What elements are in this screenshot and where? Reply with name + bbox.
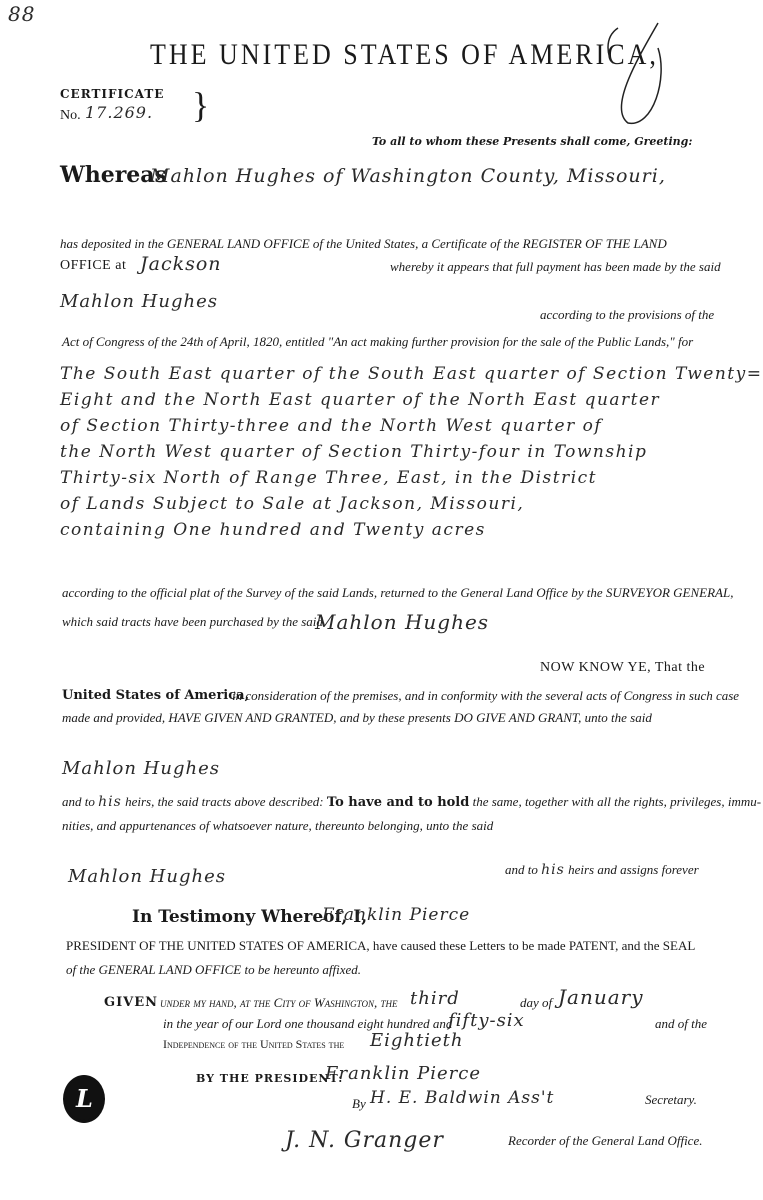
grantee-name-3: Mahlon Hughes bbox=[62, 758, 220, 779]
document-title: THE UNITED STATES OF AMERICA, bbox=[150, 38, 659, 73]
grantee-name-1: Mahlon Hughes bbox=[60, 291, 218, 312]
handwritten-mark-icon bbox=[598, 18, 678, 128]
certificate-no-label: No. bbox=[60, 108, 81, 124]
description-line: The South East quarter of the South East… bbox=[60, 364, 762, 384]
office-at-label: OFFICE at bbox=[60, 258, 126, 274]
by-president-label: BY THE PRESIDENT: bbox=[196, 1072, 343, 1085]
brace: } bbox=[192, 84, 209, 126]
body-line-2-suffix: whereby it appears that full payment has… bbox=[390, 259, 721, 275]
recorder-label: Recorder of the General Land Office. bbox=[508, 1133, 702, 1149]
year: fifty-six bbox=[448, 1010, 525, 1031]
testimony-line-2: of the GENERAL LAND OFFICE to be hereunt… bbox=[66, 962, 361, 978]
president-signature: Franklin Pierce bbox=[325, 1063, 481, 1084]
purchased-line: which said tracts have been purchased by… bbox=[62, 614, 323, 630]
heirs-suffix: the same, together with all the rights, … bbox=[473, 794, 762, 809]
certificate-label: CERTIFICATE bbox=[60, 87, 164, 101]
margin-note: 88 bbox=[8, 2, 35, 26]
his: his bbox=[541, 862, 565, 878]
independence-year: Eightieth bbox=[370, 1030, 463, 1051]
to-have-and-to-hold: To have and to hold bbox=[327, 795, 469, 810]
grantee-name-4: Mahlon Hughes bbox=[68, 866, 226, 887]
act-line: Act of Congress of the 24th of April, 18… bbox=[62, 334, 693, 350]
description-line: containing One hundred and Twenty acres bbox=[60, 520, 486, 540]
survey-line: according to the official plat of the Su… bbox=[62, 585, 733, 601]
day-of: day of bbox=[520, 995, 552, 1011]
description-line: of Section Thirty-three and the North We… bbox=[60, 416, 602, 436]
heirs-mid: heirs, the said tracts above described: bbox=[125, 794, 324, 809]
certificate-number: 17.269. bbox=[85, 103, 153, 122]
land-office-name: Jackson bbox=[140, 253, 222, 275]
and-of-the: and of the bbox=[655, 1016, 707, 1032]
general-land-office-seal-icon bbox=[63, 1075, 105, 1123]
body-line-3-suffix: according to the provisions of the bbox=[540, 307, 714, 323]
given-text: under my hand, at the City of Washington… bbox=[160, 995, 398, 1011]
day: third bbox=[410, 988, 460, 1009]
his: his bbox=[98, 794, 122, 810]
secretary-label: Secretary. bbox=[645, 1092, 697, 1108]
secretary-signature: H. E. Baldwin Ass't bbox=[370, 1088, 554, 1108]
now-know-ye: NOW KNOW YE, That the bbox=[540, 660, 705, 676]
body-line-1: has deposited in the GENERAL LAND OFFICE… bbox=[60, 236, 667, 252]
and-to: and to bbox=[505, 862, 538, 877]
usa-line-rest: in consideration of the premises, and in… bbox=[232, 688, 739, 704]
given-label: GIVEN bbox=[104, 995, 158, 1010]
description-line: the North West quarter of Section Thirty… bbox=[60, 442, 647, 462]
heirs-line: and to his heirs, the said tracts above … bbox=[62, 794, 761, 810]
testimony-line-1: PRESIDENT OF THE UNITED STATES OF AMERIC… bbox=[66, 938, 695, 954]
president-name: Franklin Pierce bbox=[322, 905, 470, 925]
nities-line: nities, and appurtenances of whatsoever … bbox=[62, 818, 493, 834]
recorder-signature: J. N. Granger bbox=[285, 1128, 444, 1153]
grantee-full: Mahlon Hughes of Washington County, Miss… bbox=[150, 165, 666, 187]
greeting: To all to whom these Presents shall come… bbox=[372, 135, 692, 148]
description-line: Eight and the North East quarter of the … bbox=[60, 390, 660, 410]
usa-gothic: United States of America, bbox=[62, 688, 249, 703]
grantee-name-2: Mahlon Hughes bbox=[315, 610, 489, 634]
granted-line: made and provided, HAVE GIVEN AND GRANTE… bbox=[62, 710, 652, 726]
description-line: Thirty-six North of Range Three, East, i… bbox=[60, 468, 597, 488]
assigns-line: and to his heirs and assigns forever bbox=[505, 862, 699, 878]
independence-text: Independence of the United States the bbox=[163, 1037, 344, 1052]
and-to: and to bbox=[62, 794, 95, 809]
month: January bbox=[558, 985, 644, 1009]
by-label: By bbox=[352, 1096, 366, 1112]
assigns-suffix: heirs and assigns forever bbox=[568, 862, 699, 877]
description-line: of Lands Subject to Sale at Jackson, Mis… bbox=[60, 494, 524, 514]
